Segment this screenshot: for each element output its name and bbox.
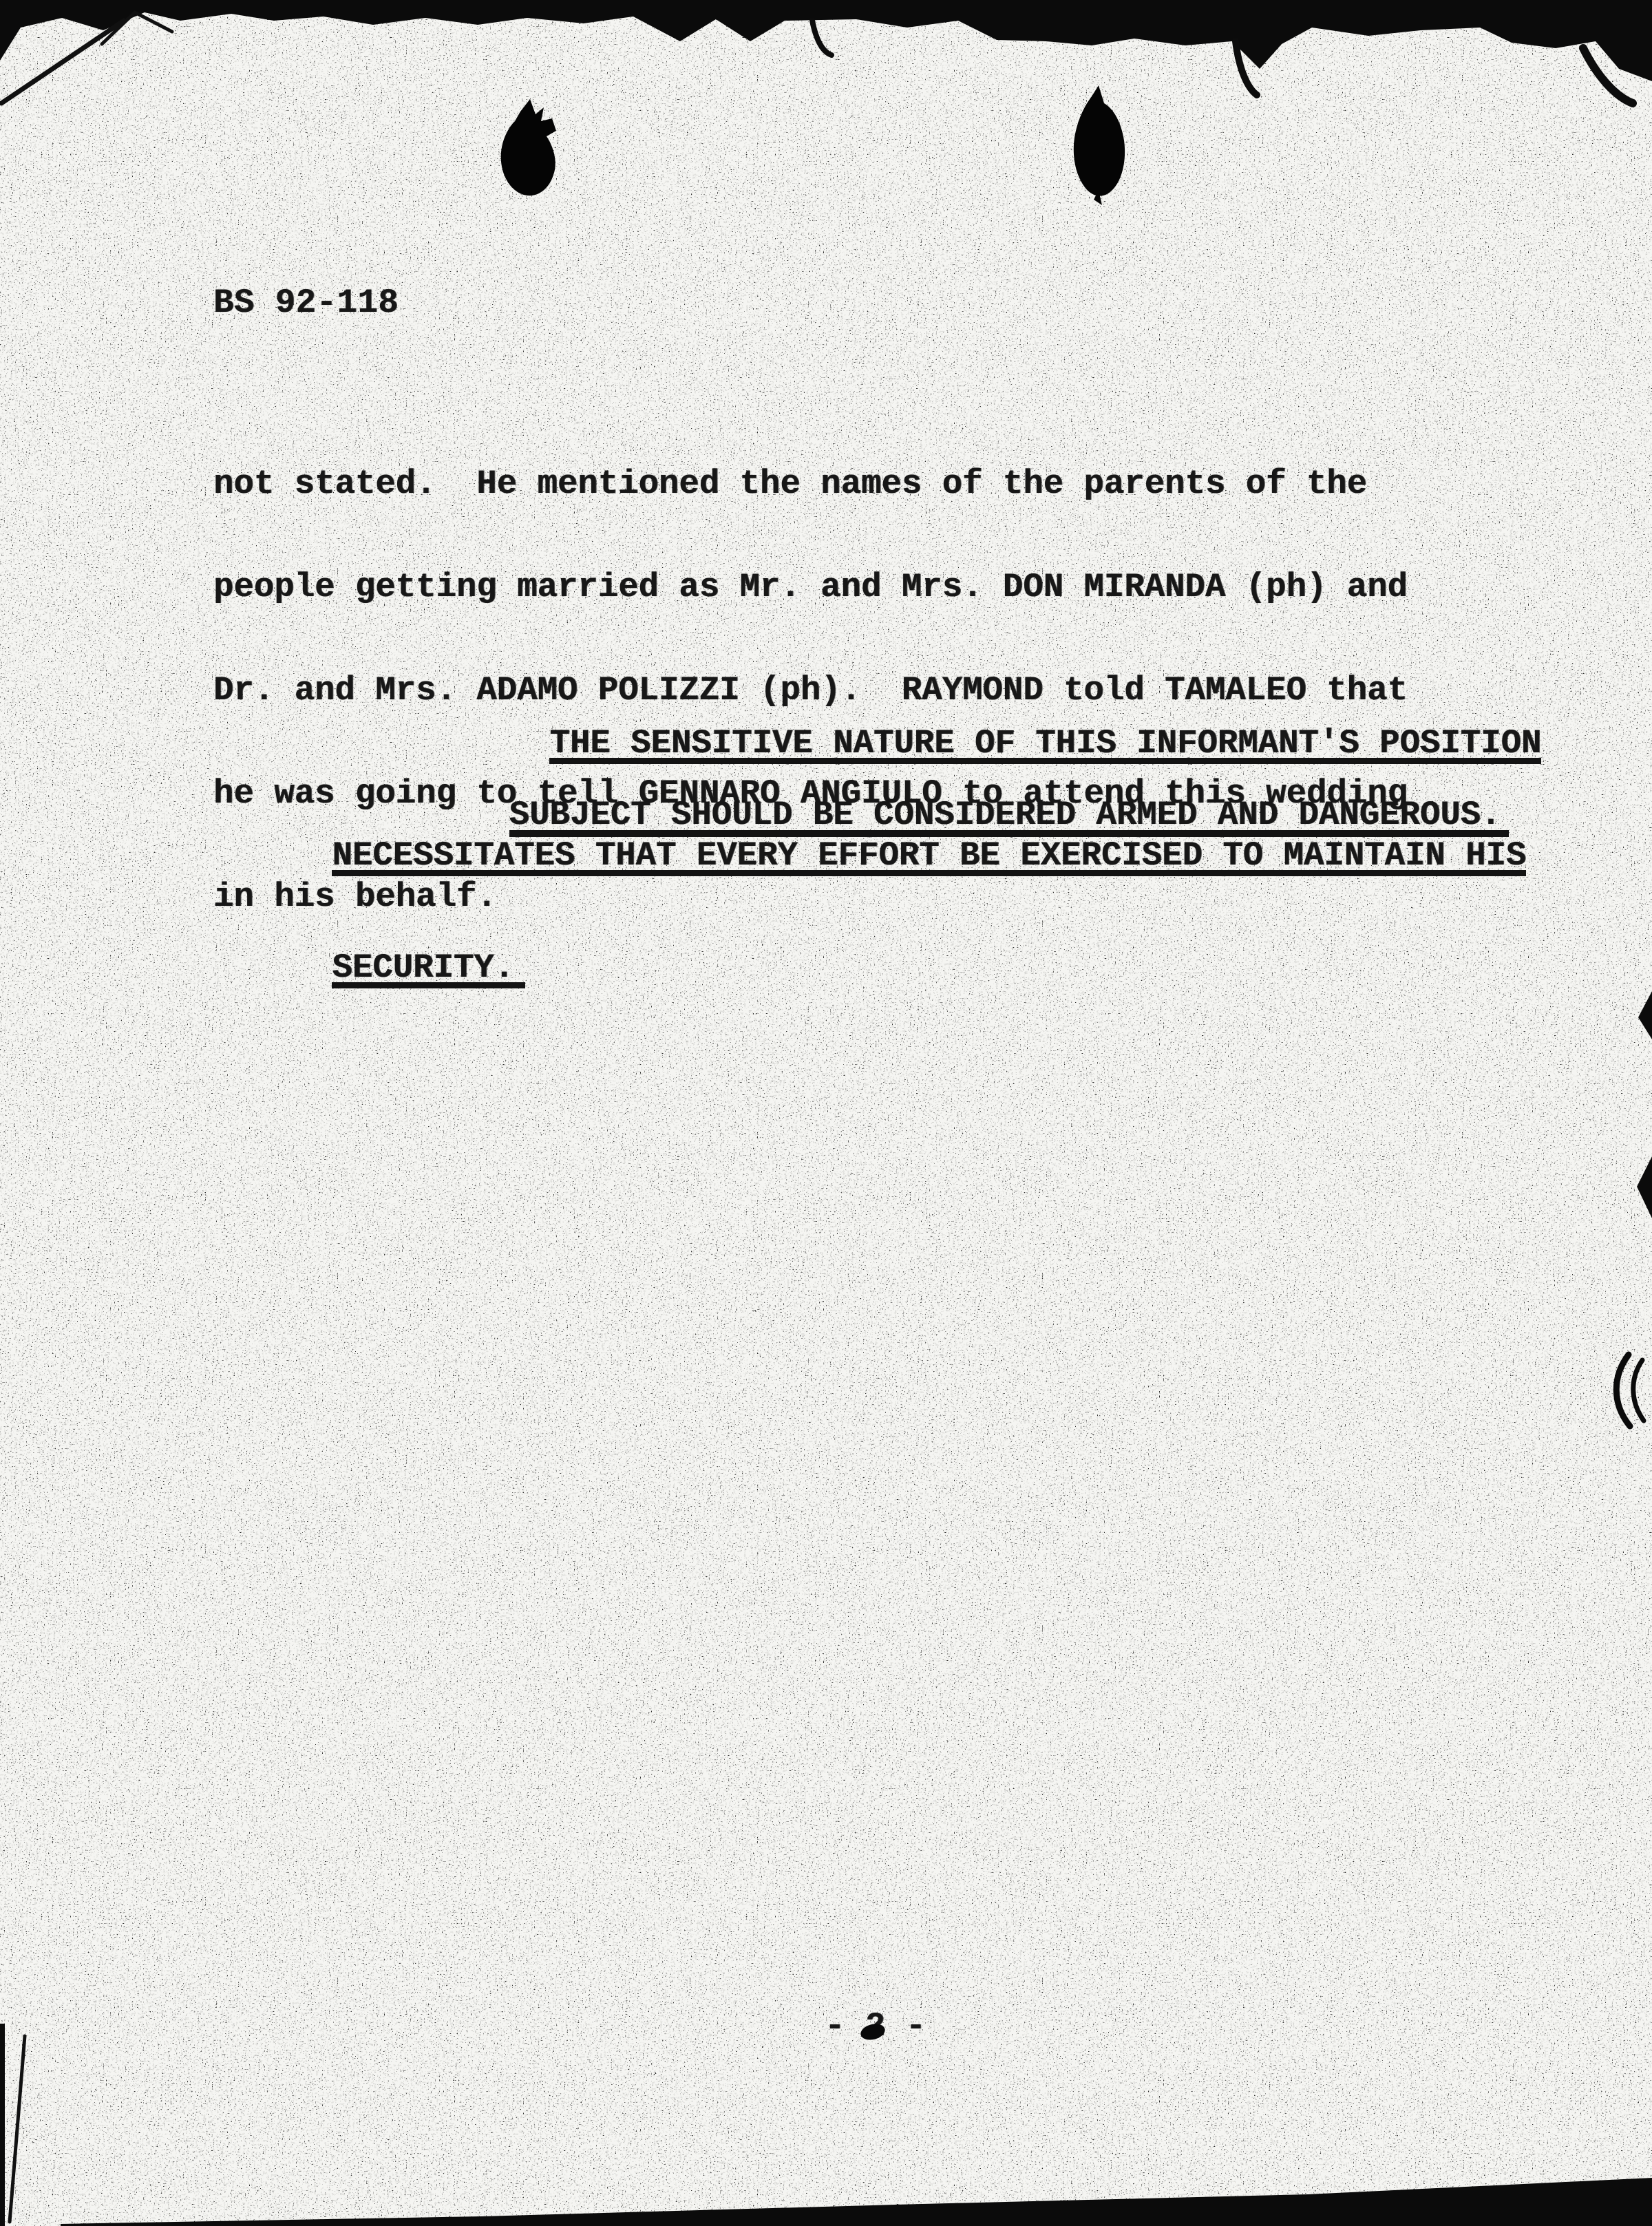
underlined-text-line: SECURITY.: [211, 910, 1541, 945]
text-line: people getting married as Mr. and Mrs. D…: [213, 570, 1408, 604]
case-number: BS 92-118: [213, 284, 399, 322]
page-number: - 2 -: [825, 2007, 926, 2046]
scanned-document: { "document": { "case_number": "BS 92-11…: [0, 0, 1652, 2226]
armed-dangerous-warning: SUBJECT SHOULD BE CONSIDERED ARMED AND D…: [428, 757, 1509, 876]
document-content: BS 92-118 not stated. He mentioned the n…: [0, 0, 1652, 2226]
underlined-text-line: THE SENSITIVE NATURE OF THIS INFORMANT'S…: [428, 686, 1541, 721]
text-line: not stated. He mentioned the names of th…: [213, 467, 1408, 501]
